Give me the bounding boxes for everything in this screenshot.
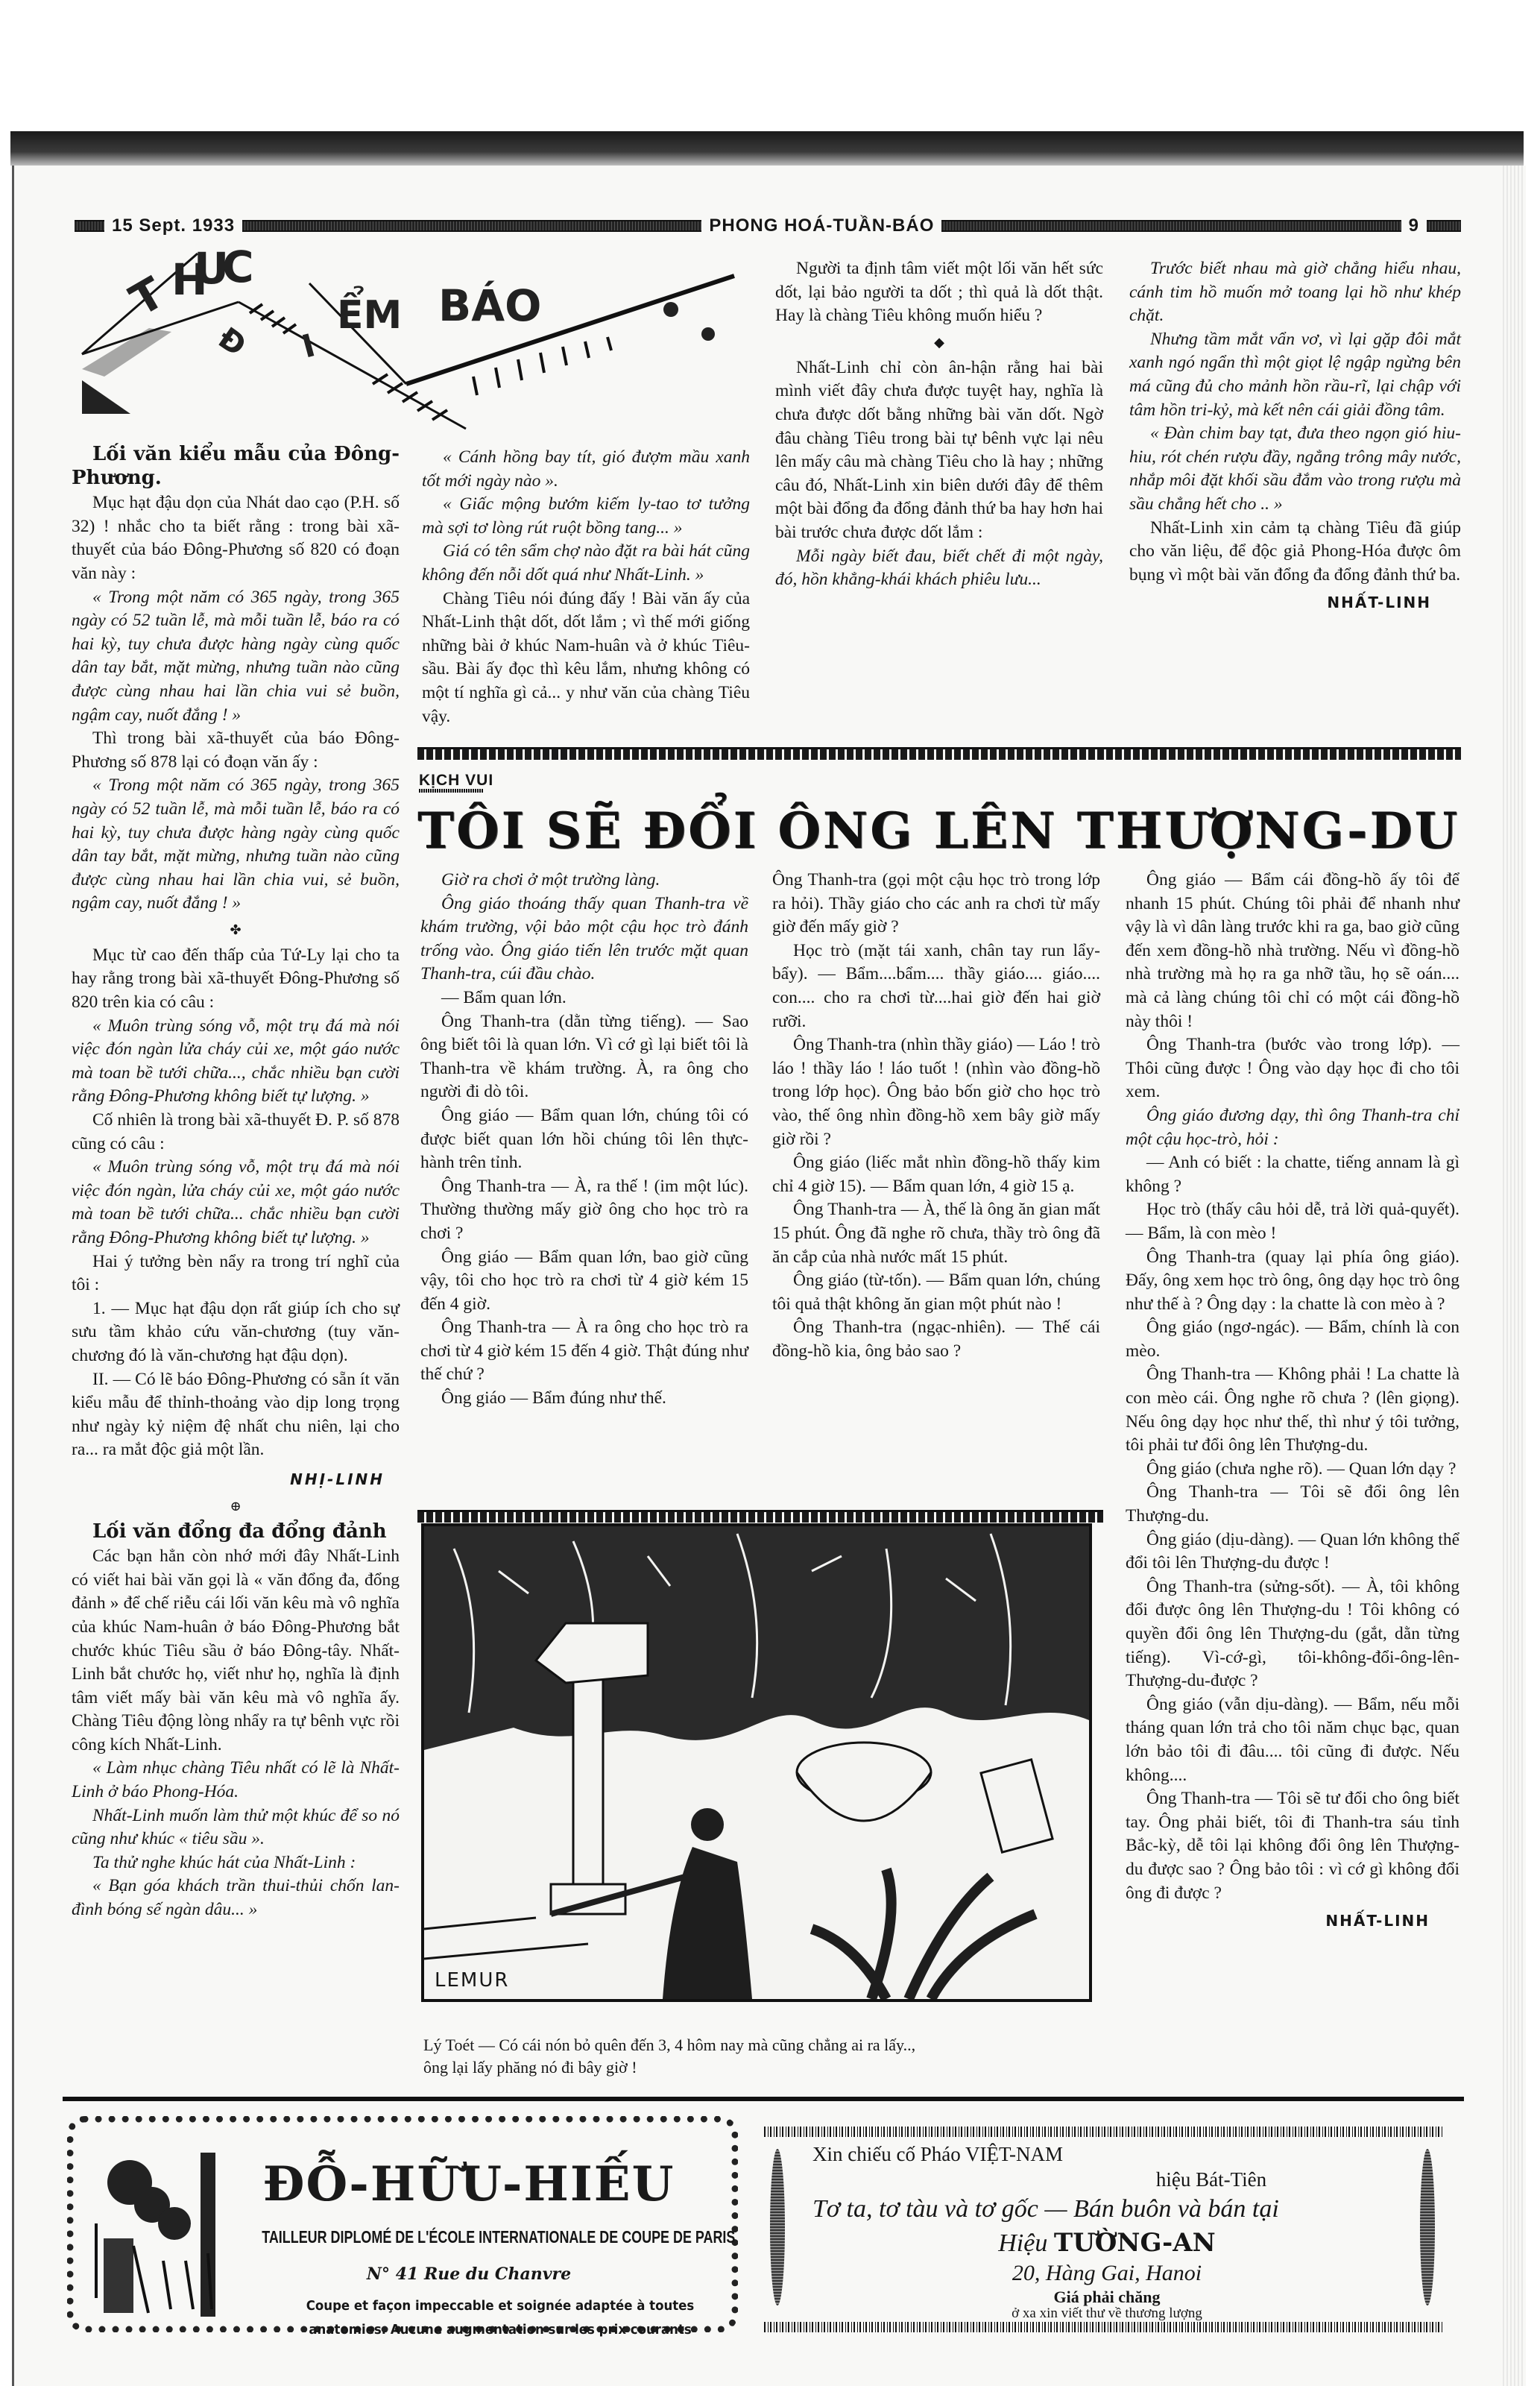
ad-silk-address: 20, Hàng Gai, Hanoi: [794, 2261, 1420, 2286]
play-line: Ông giáo (từ-tốn). — Bẩm quan lớn, chúng…: [772, 1269, 1100, 1316]
ad-silk-line-3: Tơ ta, tơ tàu và tơ gốc — Bán buôn và bá…: [812, 2195, 1439, 2223]
ad-silk-contact: ở xa xin viết thư về thương lượng: [794, 2305, 1420, 2322]
play-stage-direction: Ông giáo thoáng thấy quan Thanh-tra về k…: [420, 893, 748, 986]
play-line: Ông giáo — Bẩm quan lớn, chúng tôi có đư…: [420, 1104, 748, 1175]
play-line: Ông Thanh-tra — Tôi sẽ tư đổi cho ông bi…: [1126, 1787, 1459, 1905]
header-rule-left: [75, 220, 104, 232]
article1-paragraph: Cố nhiên là trong bài xã-thuyết Đ. P. số…: [72, 1109, 400, 1156]
running-header: 15 Sept. 1933 PHONG HOÁ-TUẦN-BÁO 9: [75, 215, 1461, 237]
article-column-4: Trước biết nhau mà giờ chẳng hiểu nhau, …: [1129, 257, 1461, 615]
artist-signature: LEMUR: [435, 1969, 509, 1992]
ornament-icon: ⊕: [72, 1496, 400, 1516]
advertisement-rule: [63, 2097, 1464, 2101]
ornament-icon: ◆: [775, 333, 1103, 352]
ornament-icon: ✤: [72, 920, 400, 939]
article2-quote: Giá có tên sẩm chợ nào đặt ra bài hát cũ…: [422, 540, 750, 587]
page-number: 9: [1409, 215, 1419, 236]
play-column-1: Giờ ra chơi ở một trường làng. Ông giáo …: [420, 869, 748, 1411]
cartoon-divider: [417, 1510, 1103, 1523]
tailor-description-line-2: anatomies. Aucune augmentation sur les p…: [260, 2318, 740, 2342]
article2-quote: « Bạn góa khách trần thui-thủi chốn lan-…: [72, 1875, 400, 1921]
article1-quote: « Muôn trùng sóng vỗ, một trụ đá mà nói …: [72, 1015, 400, 1109]
header-rule-right: [1427, 220, 1461, 232]
ad-border-bottom: [764, 2322, 1442, 2332]
header-publication: PHONG HOÁ-TUẦN-BÁO: [709, 215, 934, 236]
play-line: Ông Thanh-tra — À, thế là ông ăn gian mấ…: [772, 1198, 1100, 1269]
article1-heading: Lối văn kiểu mẫu của Đông-Phương.: [72, 443, 400, 490]
article2-quote: « Giấc mộng bướm kiếm ly-tao tơ tưởng mà…: [422, 493, 750, 540]
header-rule: [941, 220, 1401, 232]
ad-tailor: ĐỖ-HỮU-HIẾU TAILLEUR DIPLOMÉ DE L'ÉCOLE …: [67, 2116, 738, 2332]
cartoon-drawing-icon: [424, 1526, 1089, 1999]
header-date: 15 Sept. 1933: [112, 215, 235, 236]
article1-paragraph: II. — Có lẽ báo Đông-Phương có sẵn ít vă…: [72, 1368, 400, 1462]
tailor-description: Coupe et façon impeccable et soignée ada…: [260, 2294, 740, 2342]
play-column-3: Ông giáo — Bẩm cái đồng-hồ ấy tôi để nha…: [1126, 869, 1459, 1933]
play-column-2: Ông Thanh-tra (gọi một cậu học trò trong…: [772, 869, 1100, 1363]
play-line: Ông Thanh-tra (nhìn thầy giáo) — Láo ! t…: [772, 1033, 1100, 1151]
article2-quote: « Đàn chim bay tạt, đưa theo ngọn gió hi…: [1129, 422, 1461, 516]
play-line: Ông Thanh-tra (ngạc-nhiên). — Thế cái đồ…: [772, 1316, 1100, 1363]
play-line: Ông giáo (ngơ-ngác). — Bẩm, chính là con…: [1126, 1316, 1459, 1363]
article2-heading: Lối văn đổng đa đổng đảnh: [72, 1520, 400, 1544]
play-line: Ông giáo (dịu-dàng). — Quan lớn không th…: [1126, 1529, 1459, 1576]
article2-signature: NHẤT-LINH: [1129, 591, 1431, 615]
article2-quote: « Cánh hồng bay tít, gió đượm mầu xanh t…: [422, 446, 750, 493]
article1-paragraph: Mục từ cao đến thấp của Tứ-Ly lại cho ta…: [72, 944, 400, 1015]
play-line: Ông Thanh-tra — À ra ông cho học trò ra …: [420, 1316, 748, 1387]
article2-paragraph: Người ta định tâm viết một lối văn hết s…: [775, 257, 1103, 328]
article2-quote: « Làm nhục chàng Tiêu nhất có lẽ là Nhất…: [72, 1757, 400, 1804]
logo-zigzag-icon: T H U C Đ I ỂM BÁO: [60, 246, 768, 440]
play-line: Ông Thanh-tra (sửng-sốt). — À, tôi không…: [1126, 1576, 1459, 1693]
ad-silk-shop: Xin chiếu cố Pháo VIỆT-NAM hiệu Bát-Tiên…: [764, 2127, 1442, 2322]
svg-text:C: C: [222, 246, 254, 292]
article1-signature: NHỊ-LINH: [72, 1468, 385, 1492]
play-stage-direction: Giờ ra chơi ở một trường làng.: [420, 869, 748, 893]
article-column-3: Người ta định tâm viết một lối văn hết s…: [775, 257, 1103, 592]
caption-line-2: ông lại lấy phăng nó đi bây giờ !: [423, 2056, 1109, 2079]
play-kicker: KỊCH VUI: [419, 772, 493, 790]
page-edge-shade: [1503, 166, 1525, 2386]
article2-quote: Trước biết nhau mà giờ chẳng hiểu nhau, …: [1129, 257, 1461, 328]
svg-text:BÁO: BÁO: [438, 280, 541, 331]
cartoon-illustration: LEMUR: [421, 1523, 1092, 2002]
play-line: — Anh có biết : la chatte, tiếng annam l…: [1126, 1151, 1459, 1198]
play-stage-direction: Ông giáo đương dạy, thì ông Thanh-tra ch…: [1126, 1104, 1459, 1151]
section-divider: [417, 747, 1461, 760]
leaf-ornament-icon: [770, 2149, 785, 2305]
article2-paragraph: Nhất-Linh xin cảm tạ chàng Tiêu đã giúp …: [1129, 517, 1461, 588]
play-line: Ông Thanh-tra (gọi một cậu học trò trong…: [772, 869, 1100, 939]
svg-text:T: T: [122, 267, 173, 326]
caption-line-1: Lý Toét — Có cái nón bỏ quên đến 3, 4 hô…: [423, 2034, 1109, 2056]
play-line: Ông Thanh-tra (bước vào trong lớp). — Th…: [1126, 1033, 1459, 1104]
play-line: Ông giáo — Bẩm quan lớn, bao giờ cũng vậ…: [420, 1246, 748, 1317]
ad-silk-name: TƯỜNG-AN: [1054, 2228, 1216, 2258]
play-line: Ông giáo — Bẩm cái đồng-hồ ấy tôi để nha…: [1126, 869, 1459, 1033]
play-line: — Bẩm quan lớn.: [420, 986, 748, 1010]
play-line: Ông giáo (vẫn dịu-dàng). — Bẩm, nếu mỗi …: [1126, 1693, 1459, 1787]
ad-border-top: [764, 2127, 1442, 2137]
article-column-1: Lối văn kiểu mẫu của Đông-Phương. Mục hạ…: [72, 440, 400, 1922]
tailor-address: N° 41 Rue du Chanvre: [260, 2264, 678, 2284]
play-line: Ông Thanh-tra — Không phải ! La chatte l…: [1126, 1363, 1459, 1457]
article1-quote: « Trong một năm có 365 ngày, trong 365 n…: [72, 774, 400, 916]
svg-text:ỂM: ỂM: [337, 286, 402, 338]
article1-paragraph: 1. — Mục hạt đậu dọn rất giúp ích cho sự…: [72, 1297, 400, 1368]
article-column-2: « Cánh hồng bay tít, gió đượm mầu xanh t…: [422, 446, 750, 728]
play-line: Ông giáo (chưa nghe rõ). — Quan lớn dạy …: [1126, 1458, 1459, 1482]
ad-silk-line-2: hiệu Bát-Tiên: [898, 2168, 1524, 2191]
article1-quote: « Muôn trùng sóng vỗ, một trụ đá mà nói …: [72, 1156, 400, 1250]
article2-paragraph: Nhất-Linh chỉ còn ân-hận rằng hai bài mì…: [775, 356, 1103, 545]
article1-paragraph: Thì trong bài xã-thuyết của báo Đông-Phư…: [72, 727, 400, 774]
article1-paragraph: Hai ý tưởng bèn nẩy ra trong trí nghĩ củ…: [72, 1250, 400, 1297]
ad-silk-line-1: Xin chiếu cố Pháo VIỆT-NAM: [812, 2143, 1439, 2166]
play-line: Ông Thanh-tra — À, ra thế ! (im một lúc)…: [420, 1175, 748, 1246]
scan-top-border: [10, 131, 1524, 166]
play-line: Học trò (mặt tái xanh, chân tay run lẩy-…: [772, 939, 1100, 1033]
tailor-name: ĐỖ-HỮU-HIẾU: [260, 2156, 678, 2212]
play-title: TÔI SẼ ĐỔI ÔNG LÊN THƯỢNG-DU: [417, 802, 1461, 860]
play-line: Ông Thanh-tra (quay lại phía ông giáo). …: [1126, 1246, 1459, 1317]
ad-silk-shop-name: Hiệu TƯỜNG-AN: [794, 2228, 1420, 2258]
tailor-credentials: TAILLEUR DIPLOMÉ DE L'ÉCOLE INTERNATIONA…: [260, 2227, 737, 2247]
play-signature: NHẤT-LINH: [1126, 1910, 1430, 1933]
column-logo: T H U C Đ I ỂM BÁO THUỘC ĐIỂM BÁO: [60, 246, 768, 440]
ad-silk-price: Giá phải chăng: [794, 2288, 1420, 2307]
article2-quote: Nhất-Linh muốn làm thử một khúc để so nó…: [72, 1804, 400, 1851]
ad-silk-prefix: Hiệu: [998, 2229, 1047, 2257]
article2-paragraph: Các bạn hẳn còn nhớ mới đây Nhất-Linh có…: [72, 1545, 400, 1757]
play-line: Học trò (thấy câu hỏi dễ, trả lời quả-qu…: [1126, 1198, 1459, 1245]
tailor-description-line-1: Coupe et façon impeccable et soignée ada…: [260, 2294, 740, 2318]
article2-quote: Nhưng tầm mắt vẩn vơ, vì lại gặp đôi mắt…: [1129, 328, 1461, 422]
play-line: Ông giáo — Bẩm đúng như thế.: [420, 1387, 748, 1411]
play-line: Ông giáo (liếc mắt nhìn đồng-hồ thấy kim…: [772, 1151, 1100, 1198]
article1-quote: « Trong một năm có 365 ngày, trong 365 n…: [72, 586, 400, 728]
play-line: Ông Thanh-tra — Tôi sẽ đổi ông lên Thượn…: [1126, 1481, 1459, 1528]
article2-paragraph: Chàng Tiêu nói đúng đấy ! Bài văn ấy của…: [422, 588, 750, 729]
article2-quote: Mỗi ngày biết đau, biết chết đi một ngày…: [775, 545, 1103, 592]
play-line: Ông Thanh-tra (dằn từng tiếng). — Sao ôn…: [420, 1010, 748, 1104]
kicker-underline: [419, 789, 483, 793]
cartoon-caption: Lý Toét — Có cái nón bỏ quên đến 3, 4 hô…: [423, 2034, 1109, 2079]
article1-paragraph: Mục hạt đậu dọn của Nhát dao cạo (P.H. s…: [72, 491, 400, 585]
article2-quote: Ta thử nghe khúc hát của Nhất-Linh :: [72, 1851, 400, 1875]
header-rule: [242, 220, 701, 232]
svg-text:Đ: Đ: [212, 321, 252, 364]
tailor-figures-icon: [89, 2149, 238, 2320]
